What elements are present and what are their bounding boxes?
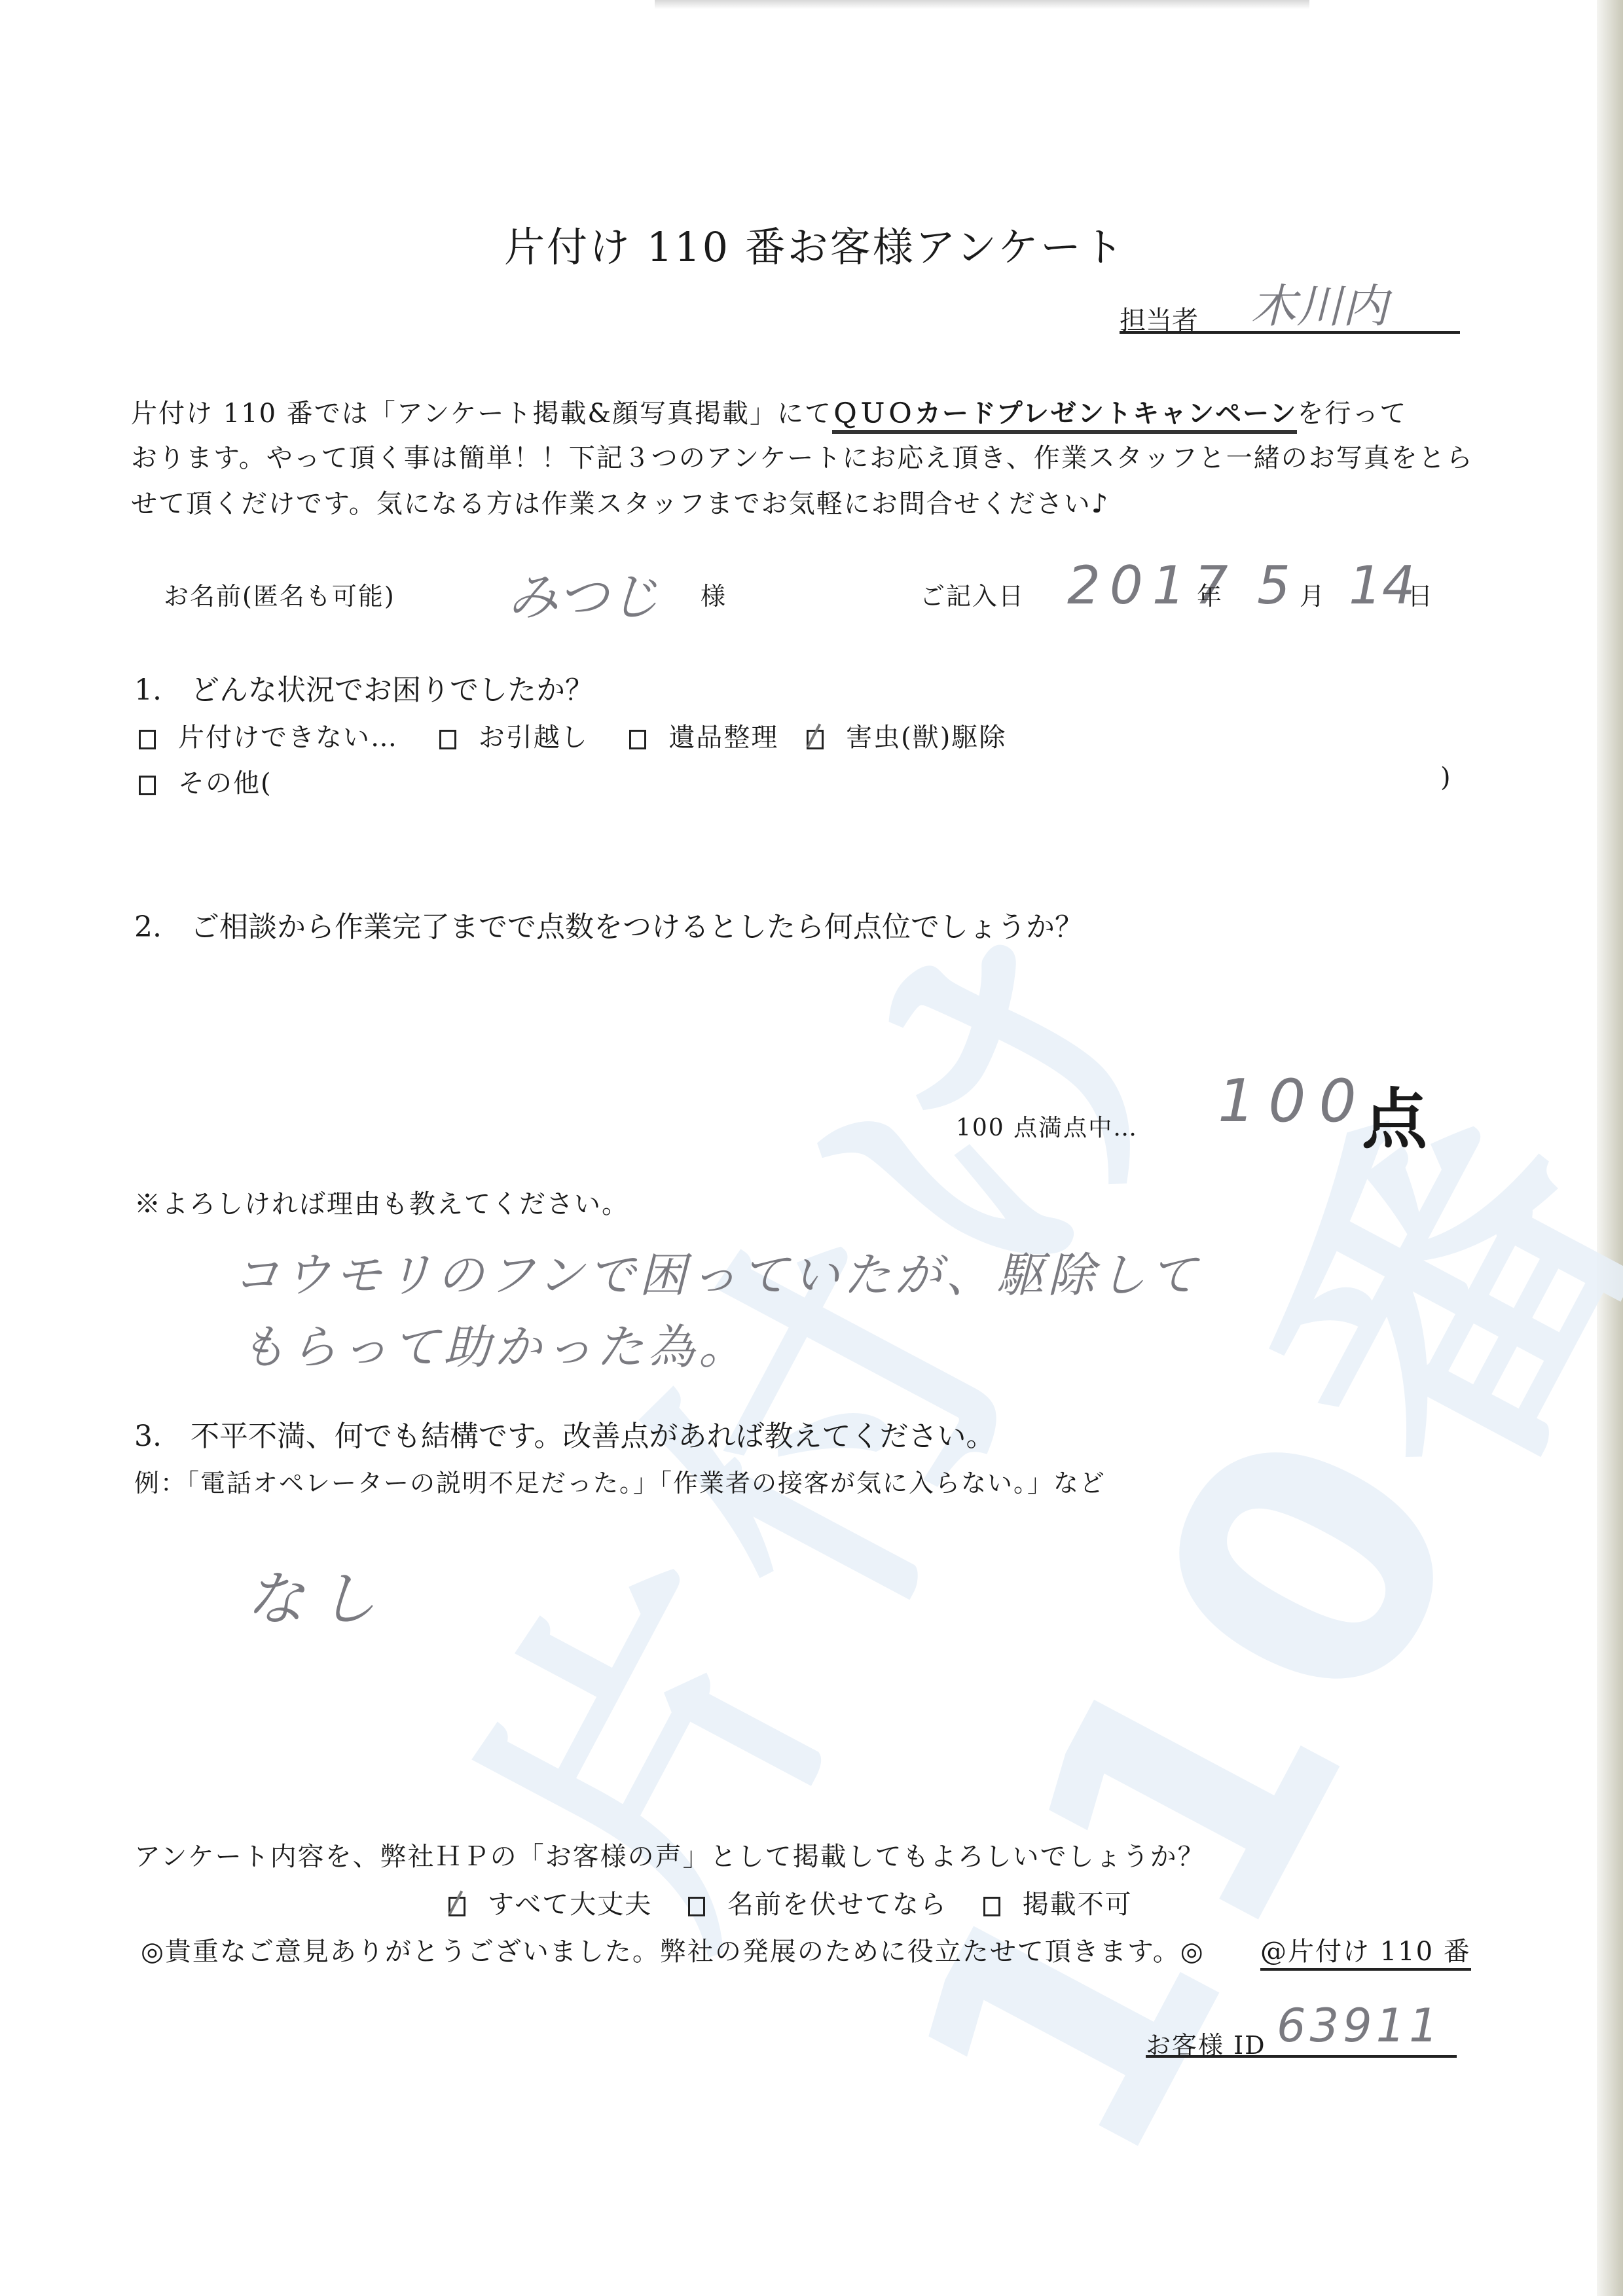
staff-label: 担当者 [1120,300,1198,337]
checkbox[interactable] [983,1897,1000,1916]
publish-option-0[interactable]: すべて大丈夫 [448,1890,652,1920]
staff-field: 担当者 木川内 [1120,275,1460,334]
customer-id-field: お客様 ID 63911 [1146,2003,1457,2058]
checkbox[interactable] [139,776,156,795]
reason-prompt: ※よろしければ理由も教えてください。 [134,1183,629,1221]
q1-option-2[interactable]: 遺品整理 [629,723,778,753]
checkbox-checked[interactable] [448,1897,465,1916]
checkbox[interactable] [629,730,646,749]
name-suffix: 様 [701,576,727,612]
checkbox[interactable] [139,730,156,749]
checkbox[interactable] [688,1897,705,1916]
q1-option-3[interactable]: 害虫(獣)駆除 [807,723,1006,753]
campaign-highlight: ＱＵＯカードプレゼントキャンペーン [832,398,1297,434]
q1-option-1[interactable]: お引越し [439,723,589,753]
customer-id-value: 63911 [1277,1999,1442,2053]
scan-top-shadow [655,0,1309,9]
q1-option-0[interactable]: 片付けできない… [139,723,398,753]
publish-option-2[interactable]: 掲載不可 [983,1890,1133,1920]
date-day-unit: 日 [1408,576,1434,612]
date-year-unit: 年 [1197,576,1223,612]
q1-question: 1. どんな状況でお困りでしたか？ [134,666,594,708]
date-month-unit: 月 [1300,576,1326,612]
score-unit: 点 [1362,1067,1427,1161]
q3-question: 3. 不平不満、何でも結構です。改善点があれば教えてください。 [134,1412,994,1454]
q3-answer: なし [246,1551,390,1636]
score-value: 100 [1218,1067,1370,1136]
reason-line-2: もらって助かった為。 [239,1309,750,1377]
publish-question: アンケート内容を、弊社ＨＰの「お客様の声」として掲載してもよろしいでしょうか？ [134,1836,1205,1873]
page-title: 片付け 110 番お客様アンケート [504,215,1125,273]
customer-id-label: お客様 ID [1146,2025,1266,2061]
q3-example: 例：「電話オペレーターの説明不足だった。」「作業者の接客が気に入らない。」など [134,1463,1106,1499]
checkbox-checked[interactable] [807,730,824,749]
date-month: 5 [1257,555,1290,616]
intro-line-2: おります。やって頂く事は簡単！！下記３つのアンケートにお応え頂き、作業スタッフと… [131,437,1474,475]
thanks-message: ◎貴重なご意見ありがとうございました。弊社の発展のために役立たせて頂きます。◎ [141,1931,1205,1968]
publish-options: すべて大丈夫 名前を伏せてなら 掲載不可 [448,1884,1133,1921]
reason-line-1: コウモリのフンで困っていたが、駆除して [232,1237,1201,1305]
q1-other[interactable]: その他( [139,762,272,800]
staff-value: 木川内 [1250,270,1388,336]
q1-options: 片付けできない… お引越し 遺品整理 害虫(獣)駆除 [139,717,1006,754]
name-label: お名前(匿名も可能) [164,576,395,612]
name-value: みつじ [507,556,659,630]
score-prefix: 100 点満点中… [956,1109,1138,1143]
signature: @片付け 110 番 [1260,1931,1471,1971]
date-label: ご記入日 [920,576,1025,612]
date-day: 14 [1349,555,1415,616]
publish-option-1[interactable]: 名前を伏せてなら [688,1890,947,1920]
intro-line-1: 片付け 110 番では「アンケート掲載&顔写真掲載」にてＱＵＯカードプレゼントキ… [131,393,1407,430]
q1-other-close: ) [1440,762,1452,793]
intro-line-3: せて頂くだけです。気になる方は作業スタッフまでお気軽にお問合せください♪ [131,483,1109,520]
checkbox[interactable] [439,730,456,749]
q2-question: 2. ご相談から作業完了までで点数をつけるとしたら何点位でしょうか？ [134,903,1084,945]
